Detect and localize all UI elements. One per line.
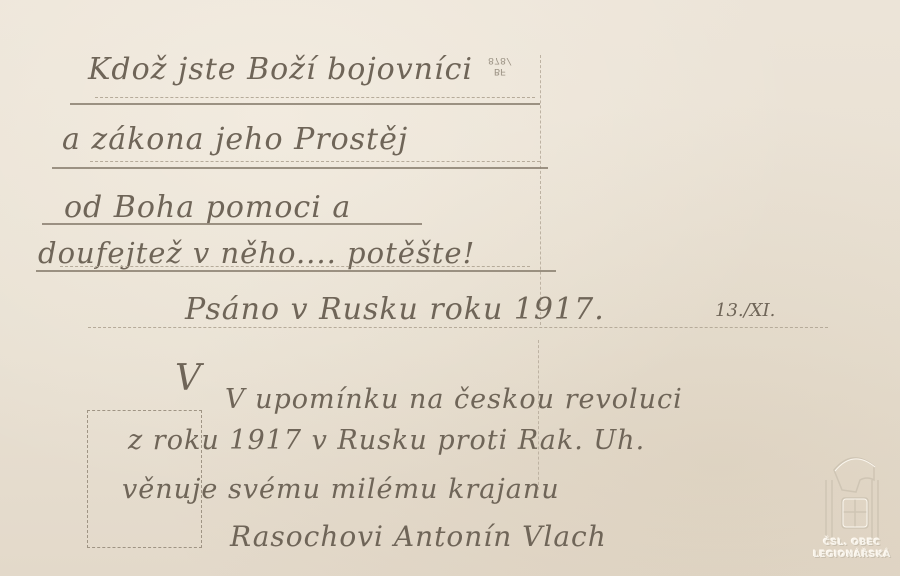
dedication-line-3: věnuje svému milému krajanu bbox=[122, 474, 560, 505]
archive-mark-line-1: BF bbox=[488, 65, 512, 76]
verse-line-3: od Boha pomoci a bbox=[64, 190, 351, 225]
dotted-guide bbox=[90, 161, 540, 162]
verse-line-1: Kdož jste Boží bojovníci bbox=[88, 52, 473, 87]
dotted-guide bbox=[60, 266, 530, 267]
dedication-line-1: V upomínku na českou revoluci bbox=[225, 384, 683, 415]
underline bbox=[36, 270, 556, 272]
dateline-date: 13./XI. bbox=[715, 300, 775, 321]
emboss-text-line-1: ČSL. OBEC bbox=[812, 538, 892, 548]
verse-line-2: a zákona jeho Prostěj bbox=[62, 122, 408, 157]
underline bbox=[42, 223, 422, 225]
emboss-text-line-2: LEGIONÁŘSKÁ bbox=[812, 550, 892, 560]
dedication-signature: Rasochovi Antonín Vlach bbox=[230, 520, 607, 553]
embossed-legion-stamp: ČSL. OBEC LEGIONÁŘSKÁ bbox=[812, 440, 892, 570]
verse-line-4: doufejtež v něho.... potěšte! bbox=[38, 236, 475, 270]
guide-line-vertical bbox=[538, 340, 539, 490]
underline bbox=[52, 167, 548, 169]
dedication-line-2: z roku 1917 v Rusku proti Rak. Uh. bbox=[128, 425, 645, 456]
dateline: Psáno v Rusku roku 1917. bbox=[185, 292, 605, 327]
guide-line-vertical bbox=[540, 55, 541, 325]
postcard: BF 878/ Kdož jste Boží bojovníci a zákon… bbox=[0, 0, 900, 576]
dotted-guide bbox=[88, 327, 828, 328]
underline bbox=[70, 103, 540, 105]
dotted-guide bbox=[95, 97, 535, 98]
archive-mark-line-2: 878/ bbox=[488, 54, 512, 65]
soldier-emblem-icon bbox=[812, 440, 892, 540]
dedication-initial: V bbox=[175, 358, 202, 399]
archive-mark: BF 878/ bbox=[488, 54, 512, 76]
